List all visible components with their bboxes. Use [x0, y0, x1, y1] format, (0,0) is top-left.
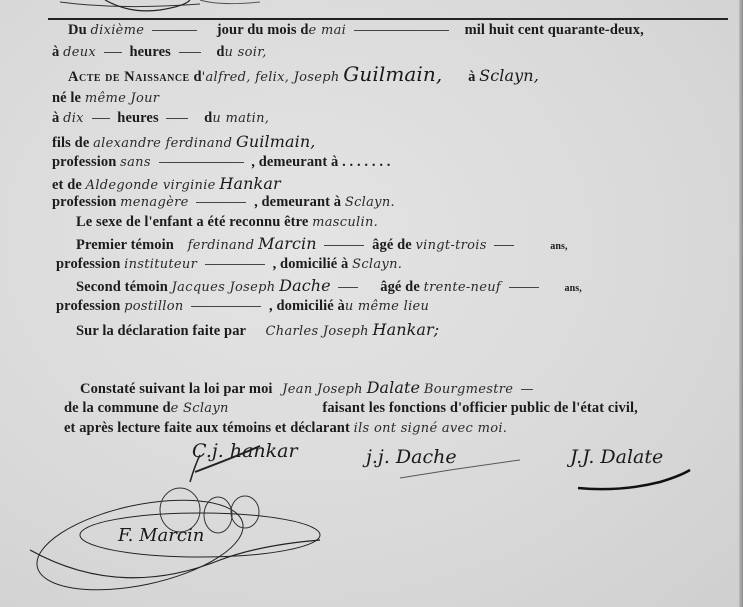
line-sex: Le sexe de l'enfant a été reconnu être m… [76, 214, 378, 231]
line-commune: de la commune de Sclayn faisant les fonc… [64, 400, 638, 417]
line-date: Du dixième jour du mois de mai mil huit … [68, 22, 644, 39]
mother-surname: Hankar [219, 174, 280, 193]
line-reading: et après lecture faite aux témoins et dé… [64, 420, 507, 437]
line-first-witness-profession: profession instituteur , domicilié à Scl… [56, 256, 402, 273]
line-declarant: Sur la déclaration faite par Charles Jos… [76, 320, 439, 340]
line-father: fils de alexandre ferdinand Guilmain, [52, 132, 315, 152]
signature-officer: J.J. Dalate [570, 446, 663, 468]
line-father-profession: profession sans , demeurant à . . . . . … [52, 154, 391, 171]
handwritten-month: e mai [309, 23, 347, 38]
act-title: Acte de Naissance [68, 69, 190, 85]
document-page: Du dixième jour du mois de mai mil huit … [0, 0, 743, 607]
signature-second-witness: j.j. Dache [366, 446, 457, 468]
line-born-on: né le même Jour [52, 90, 159, 107]
line-birth-act: Acte de Naissance d'alfred, felix, Josep… [68, 62, 539, 86]
line-second-witness-profession: profession postillon , domicilié àu même… [56, 298, 429, 315]
line-mother: et de Aldegonde virginie Hankar [52, 174, 281, 194]
line-officer: Constaté suivant la loi par moi Jean Jos… [80, 378, 537, 398]
child-given-names: 'alfred, felix, Joseph [202, 70, 340, 85]
mother-given-names: Aldegonde virginie [86, 178, 216, 193]
father-given-names: alexandre ferdinand [93, 136, 232, 151]
line-second-witness: Second témoin Jacques Joseph Dache âgé d… [76, 276, 582, 296]
line-birth-hour: à dix heures du matin, [52, 110, 269, 127]
line-mother-profession: profession menagère , demeurant à Sclayn… [52, 194, 395, 211]
header-rule [48, 18, 728, 20]
signature-declarant: C.j. hankar [192, 440, 298, 462]
line-hour-registered: à deux heures du soir, [52, 44, 267, 61]
handwritten-day: dixième [90, 23, 144, 38]
father-surname: Guilmain, [236, 132, 315, 151]
page-edge [739, 0, 743, 607]
signature-first-witness: F. Marcin [118, 525, 204, 546]
line-first-witness: Premier témoin ferdinand Marcin âgé de v… [76, 234, 568, 254]
birth-place: Sclayn, [479, 66, 539, 85]
child-surname: Guilmain, [343, 62, 442, 86]
